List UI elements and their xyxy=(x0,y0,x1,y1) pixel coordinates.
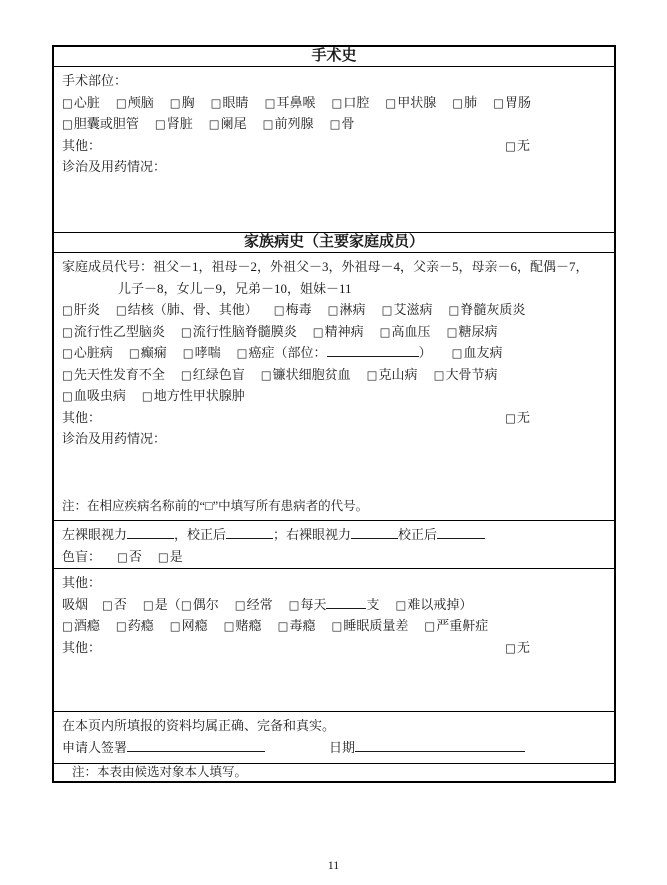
checkbox-item[interactable]: □骨 xyxy=(330,113,355,132)
checkbox-icon: □ xyxy=(62,368,73,382)
checkbox-item[interactable]: □经常 xyxy=(235,594,273,613)
checkbox-label: 地方性甲状腺肿 xyxy=(154,388,245,403)
addiction-checkbox-row: □酒瘾□药瘾□网瘾□赌瘾□毒瘾□睡眠质量差□严重鼾症 xyxy=(62,615,606,637)
checkbox-item[interactable]: □地方性甲状腺肿 xyxy=(142,385,245,404)
checkbox-item[interactable]: □耳鼻喉 xyxy=(265,92,316,111)
declaration-section-body: 在本页内所填报的资料均属正确、完备和真实。 申请人签署日期 xyxy=(54,712,614,764)
checkbox-item[interactable]: □克山病 xyxy=(367,364,418,383)
checkbox-label: 糖尿病 xyxy=(458,324,497,339)
checkbox-label: 毒瘾 xyxy=(289,618,315,633)
checkbox-label: 无 xyxy=(517,138,530,153)
checkbox-icon: □ xyxy=(209,117,220,131)
checkbox-icon: □ xyxy=(181,325,192,339)
checkbox-icon: □ xyxy=(62,389,73,403)
checkbox-label: 每天 xyxy=(300,597,326,612)
text-label: 家庭成员代号：祖父－1，祖母－2，外祖父－3，外祖母－4，父亲－5，母亲－6，配… xyxy=(62,256,589,275)
family-checkbox-row-2: □流行性乙型脑炎□流行性脑脊髓膜炎□精神病□高血压□糖尿病 xyxy=(62,321,606,343)
checkbox-item[interactable]: □淋病 xyxy=(328,299,366,318)
checkbox-item[interactable]: □难以戒掉 xyxy=(396,594,460,613)
checkbox-item[interactable]: □严重鼾症 xyxy=(424,615,488,634)
checkbox-label: 血友病 xyxy=(463,345,502,360)
habits-other-label-line: 其他： xyxy=(62,572,606,594)
signature-date-line: 申请人签署日期 xyxy=(62,737,606,759)
checkbox-item[interactable]: □血友病 xyxy=(452,342,503,361)
checkbox-label: 前列腺 xyxy=(275,116,314,131)
text-label: 儿子－8，女儿－9，兄弟－10，姐妹－11 xyxy=(118,278,352,297)
checkbox-item[interactable]: □甲状腺 xyxy=(385,92,436,111)
checkbox-label: 脊髓灰质炎 xyxy=(460,302,525,317)
checkbox-icon: □ xyxy=(274,303,285,317)
family-section-title: 家族病史（主要家庭成员） xyxy=(54,233,614,253)
checkbox-icon: □ xyxy=(448,303,459,317)
checkbox-item[interactable]: □血吸虫病 xyxy=(62,385,126,404)
checkbox-label: 眼睛 xyxy=(223,95,249,110)
text-label: 校正后 xyxy=(398,524,437,543)
checkbox-icon: □ xyxy=(434,368,445,382)
habits-section-body: 其他： 吸烟□否□是（□偶尔□经常□每天支□难以戒掉） □酒瘾□药瘾□网瘾□赌瘾… xyxy=(54,569,614,712)
checkbox-label: 心脏病 xyxy=(74,345,113,360)
vision-acuity-line: 左裸眼视力，校正后；右裸眼视力校正后 xyxy=(62,524,606,546)
checkbox-item[interactable]: □脊髓灰质炎 xyxy=(448,299,525,318)
family-member-codes-line-1: 家庭成员代号：祖父－1，祖母－2，外祖父－3，外祖母－4，父亲－5，母亲－6，配… xyxy=(62,256,606,278)
checkbox-item[interactable]: □精神病 xyxy=(313,321,364,340)
checkbox-icon: □ xyxy=(62,619,73,633)
checkbox-label: 口腔 xyxy=(343,95,369,110)
checkbox-item[interactable]: □红绿色盲 xyxy=(181,364,245,383)
checkbox-label: 肾脏 xyxy=(167,116,193,131)
checkbox-item[interactable]: □否 xyxy=(102,594,127,613)
checkbox-label: 耳鼻喉 xyxy=(276,95,315,110)
text-label: 吸烟 xyxy=(62,594,88,613)
surgery-section-title: 手术史 xyxy=(54,47,614,67)
text-label: ；右裸眼视力 xyxy=(273,524,351,543)
checkbox-item[interactable]: □癫痫 xyxy=(129,342,167,361)
checkbox-label: 结核（肺、骨、其他） xyxy=(128,302,258,317)
family-checkbox-row-4: □先天性发育不全□红绿色盲□镰状细胞贫血□克山病□大骨节病 xyxy=(62,364,606,386)
text-label: （ xyxy=(168,594,181,613)
fill-in-blank[interactable] xyxy=(437,527,485,539)
checkbox-item[interactable]: □口腔 xyxy=(331,92,369,111)
family-other-line: 其他：□无 xyxy=(62,407,606,429)
checkbox-label: 先天性发育不全 xyxy=(74,367,165,382)
checkbox-label: 流行性乙型脑炎 xyxy=(74,324,165,339)
checkbox-icon: □ xyxy=(328,303,339,317)
checkbox-label: 红绿色盲 xyxy=(193,367,245,382)
checkbox-icon: □ xyxy=(116,303,127,317)
checkbox-icon: □ xyxy=(265,96,276,110)
checkbox-label: 睡眠质量差 xyxy=(343,618,408,633)
checkbox-icon: □ xyxy=(452,96,463,110)
medical-history-form: 手术史 手术部位： □心脏□颅脑□胸□眼睛□耳鼻喉□口腔□甲状腺□肺□胃肠 □胆… xyxy=(52,45,616,783)
text-label: 手术部位： xyxy=(62,70,127,89)
checkbox-label: 流行性脑脊髓膜炎 xyxy=(193,324,297,339)
fill-in-blank[interactable] xyxy=(226,527,273,539)
checkbox-item[interactable]: □药瘾 xyxy=(116,615,154,634)
checkbox-item[interactable]: □梅毒 xyxy=(274,299,312,318)
surgery-treatment-label-line: 诊治及用药情况： xyxy=(62,156,606,178)
checkbox-label: 胃肠 xyxy=(505,95,531,110)
text-label: 色盲： xyxy=(62,546,101,565)
checkbox-label: 艾滋病 xyxy=(393,302,432,317)
checkbox-item[interactable]: □偶尔 xyxy=(181,594,219,613)
checkbox-item[interactable]: □心脏 xyxy=(62,92,100,111)
checkbox-item[interactable]: □睡眠质量差 xyxy=(331,615,408,634)
text-label: 其他： xyxy=(62,135,101,154)
family-checkbox-row-3: □心脏病□癫痫□哮喘□癌症（部位：）□血友病 xyxy=(62,342,606,364)
checkbox-label: 难以戒掉 xyxy=(407,597,459,612)
checkbox-item[interactable]: □高血压 xyxy=(380,321,431,340)
checkbox-label: 镰状细胞贫血 xyxy=(273,367,351,382)
checkbox-label: 癌症（部位： xyxy=(249,345,327,360)
checkbox-item[interactable]: □颅脑 xyxy=(116,92,154,111)
checkbox-icon: □ xyxy=(143,598,154,612)
checkbox-item[interactable]: □眼睛 xyxy=(211,92,249,111)
surgery-checkbox-row-2: □胆囊或胆管□肾脏□阑尾□前列腺□骨 xyxy=(62,113,606,135)
checkbox-label: 否 xyxy=(114,597,127,612)
surgery-section-body: 手术部位： □心脏□颅脑□胸□眼睛□耳鼻喉□口腔□甲状腺□肺□胃肠 □胆囊或胆管… xyxy=(54,67,614,233)
checkbox-label: 甲状腺 xyxy=(397,95,436,110)
checkbox-icon: □ xyxy=(447,325,458,339)
checkbox-label: 胆囊或胆管 xyxy=(74,116,139,131)
habits-other-line: 其他：□无 xyxy=(62,637,606,659)
checkbox-icon: □ xyxy=(289,598,300,612)
checkbox-label: 肺 xyxy=(464,95,477,110)
checkbox-icon: □ xyxy=(181,368,192,382)
checkbox-label: 无 xyxy=(517,640,530,655)
checkbox-icon: □ xyxy=(493,96,504,110)
checkbox-item[interactable]: □否 xyxy=(117,546,142,565)
checkbox-icon: □ xyxy=(158,550,169,564)
text-label: 注：本表由候选对象本人填写。 xyxy=(72,762,247,780)
checkbox-icon: □ xyxy=(331,96,342,110)
checkbox-label: 心脏 xyxy=(74,95,100,110)
checkbox-icon: □ xyxy=(183,346,194,360)
fill-in-blank[interactable] xyxy=(327,345,419,357)
checkbox-icon: □ xyxy=(62,96,73,110)
checkbox-item[interactable]: □阑尾 xyxy=(209,113,247,132)
checkbox-label: 高血压 xyxy=(392,324,431,339)
checkbox-label: 偶尔 xyxy=(193,597,219,612)
checkbox-item[interactable]: □网瘾 xyxy=(170,615,208,634)
fill-in-blank[interactable] xyxy=(127,740,265,752)
color-blindness-line: 色盲：□否□是 xyxy=(62,546,606,568)
checkbox-label: 哮喘 xyxy=(195,345,221,360)
text-label: ） xyxy=(419,342,432,361)
checkbox-icon: □ xyxy=(224,619,235,633)
fill-in-blank[interactable] xyxy=(351,527,398,539)
checkbox-icon: □ xyxy=(313,325,324,339)
page-number: 11 xyxy=(0,858,667,873)
checkbox-icon: □ xyxy=(385,96,396,110)
declaration-statement-line: 在本页内所填报的资料均属正确、完备和真实。 xyxy=(62,715,606,737)
footer-note-line: 注：本表由候选对象本人填写。 xyxy=(62,762,247,784)
checkbox-icon: □ xyxy=(170,96,181,110)
checkbox-icon: □ xyxy=(62,346,73,360)
checkbox-item[interactable]: □癌症（部位： xyxy=(237,342,327,361)
checkbox-icon: □ xyxy=(330,117,341,131)
checkbox-item[interactable]: □胸 xyxy=(170,92,195,111)
checkbox-item[interactable]: □先天性发育不全 xyxy=(62,364,165,383)
text-label: 申请人签署 xyxy=(62,737,127,756)
surgery-checkbox-row-1: □心脏□颅脑□胸□眼睛□耳鼻喉□口腔□甲状腺□肺□胃肠 xyxy=(62,92,606,114)
checkbox-icon: □ xyxy=(424,619,435,633)
checkbox-icon: □ xyxy=(505,411,516,425)
checkbox-item[interactable]: □前列腺 xyxy=(263,113,314,132)
checkbox-label: 否 xyxy=(129,549,142,564)
checkbox-item[interactable]: □每天 xyxy=(289,594,327,613)
checkbox-label: 是 xyxy=(155,597,168,612)
checkbox-item[interactable]: □肾脏 xyxy=(155,113,193,132)
checkbox-item[interactable]: □心脏病 xyxy=(62,342,113,361)
checkbox-icon: □ xyxy=(505,641,516,655)
checkbox-item[interactable]: □胆囊或胆管 xyxy=(62,113,139,132)
text-label: 其他： xyxy=(62,572,101,591)
checkbox-icon: □ xyxy=(129,346,140,360)
checkbox-item[interactable]: □结核（肺、骨、其他） xyxy=(116,299,258,318)
checkbox-icon: □ xyxy=(142,389,153,403)
checkbox-icon: □ xyxy=(452,346,463,360)
family-checkbox-row-5: □血吸虫病□地方性甲状腺肿 xyxy=(62,385,606,407)
family-treatment-label-line: 诊治及用药情况： xyxy=(62,428,606,450)
checkbox-item[interactable]: □是 xyxy=(158,546,183,565)
checkbox-item[interactable]: □酒瘾 xyxy=(62,615,100,634)
checkbox-label: 网瘾 xyxy=(182,618,208,633)
checkbox-icon: □ xyxy=(235,598,246,612)
checkbox-item[interactable]: □肺 xyxy=(452,92,477,111)
checkbox-icon: □ xyxy=(211,96,222,110)
fill-in-blank[interactable] xyxy=(127,527,174,539)
checkbox-icon: □ xyxy=(261,368,272,382)
checkbox-icon: □ xyxy=(116,96,127,110)
checkbox-icon: □ xyxy=(278,619,289,633)
checkbox-item[interactable]: □镰状细胞贫血 xyxy=(261,364,351,383)
checkbox-item[interactable]: □毒瘾 xyxy=(278,615,316,634)
checkbox-item[interactable]: □胃肠 xyxy=(493,92,531,111)
text-label: 注：在相应疾病名称前的“□”中填写所有患病者的代号。 xyxy=(62,496,368,514)
checkbox-icon: □ xyxy=(380,325,391,339)
checkbox-item[interactable]: □无 xyxy=(505,637,530,656)
family-section-body: 家庭成员代号：祖父－1，祖母－2，外祖父－3，外祖母－4，父亲－5，母亲－6，配… xyxy=(54,253,614,521)
checkbox-label: 淋病 xyxy=(340,302,366,317)
checkbox-label: 赌瘾 xyxy=(236,618,262,633)
checkbox-item[interactable]: □赌瘾 xyxy=(224,615,262,634)
text-label: 其他： xyxy=(62,637,101,656)
checkbox-icon: □ xyxy=(367,368,378,382)
checkbox-icon: □ xyxy=(62,303,73,317)
checkbox-label: 癫痫 xyxy=(141,345,167,360)
checkbox-label: 颅脑 xyxy=(128,95,154,110)
checkbox-icon: □ xyxy=(505,139,516,153)
checkbox-icon: □ xyxy=(62,117,73,131)
fill-in-blank[interactable] xyxy=(326,597,366,609)
checkbox-item[interactable]: □流行性乙型脑炎 xyxy=(62,321,165,340)
checkbox-item[interactable]: □是 xyxy=(143,594,168,613)
checkbox-item[interactable]: □无 xyxy=(505,135,530,154)
text-label: 日期 xyxy=(329,737,355,756)
checkbox-label: 骨 xyxy=(341,116,354,131)
text-label: 其他： xyxy=(62,407,101,426)
text-label: 诊治及用药情况： xyxy=(62,428,166,447)
checkbox-item[interactable]: □哮喘 xyxy=(183,342,221,361)
checkbox-icon: □ xyxy=(116,619,127,633)
checkbox-item[interactable]: □流行性脑脊髓膜炎 xyxy=(181,321,297,340)
checkbox-label: 经常 xyxy=(247,597,273,612)
text-label: 在本页内所填报的资料均属正确、完备和真实。 xyxy=(62,715,335,734)
checkbox-icon: □ xyxy=(181,598,192,612)
family-checkbox-row-1: □肝炎□结核（肺、骨、其他）□梅毒□淋病□艾滋病□脊髓灰质炎 xyxy=(62,299,606,321)
checkbox-label: 酒瘾 xyxy=(74,618,100,633)
family-note-line: 注：在相应疾病名称前的“□”中填写所有患病者的代号。 xyxy=(62,496,606,518)
checkbox-label: 梅毒 xyxy=(286,302,312,317)
smoking-line: 吸烟□否□是（□偶尔□经常□每天支□难以戒掉） xyxy=(62,594,606,616)
checkbox-icon: □ xyxy=(117,550,128,564)
checkbox-icon: □ xyxy=(170,619,181,633)
checkbox-icon: □ xyxy=(237,346,248,360)
checkbox-item[interactable]: □糖尿病 xyxy=(447,321,498,340)
checkbox-label: 精神病 xyxy=(325,324,364,339)
checkbox-item[interactable]: □无 xyxy=(505,407,530,426)
text-label: ，校正后 xyxy=(174,524,226,543)
surgery-site-label-line: 手术部位： xyxy=(62,70,606,92)
checkbox-label: 肝炎 xyxy=(74,302,100,317)
checkbox-icon: □ xyxy=(331,619,342,633)
family-member-codes-line-2: 儿子－8，女儿－9，兄弟－10，姐妹－11 xyxy=(62,278,606,300)
checkbox-icon: □ xyxy=(382,303,393,317)
surgery-other-line: 其他：□无 xyxy=(62,135,606,157)
checkbox-label: 严重鼾症 xyxy=(436,618,488,633)
checkbox-label: 是 xyxy=(170,549,183,564)
checkbox-item[interactable]: □艾滋病 xyxy=(382,299,433,318)
checkbox-icon: □ xyxy=(396,598,407,612)
checkbox-label: 药瘾 xyxy=(128,618,154,633)
checkbox-label: 克山病 xyxy=(379,367,418,382)
checkbox-label: 大骨节病 xyxy=(445,367,497,382)
checkbox-label: 胸 xyxy=(182,95,195,110)
checkbox-item[interactable]: □肝炎 xyxy=(62,299,100,318)
text-label: 诊治及用药情况： xyxy=(62,156,166,175)
checkbox-icon: □ xyxy=(62,325,73,339)
text-label: 支 xyxy=(366,594,379,613)
checkbox-label: 血吸虫病 xyxy=(74,388,126,403)
checkbox-icon: □ xyxy=(102,598,113,612)
checkbox-icon: □ xyxy=(155,117,166,131)
checkbox-label: 阑尾 xyxy=(221,116,247,131)
fill-in-blank[interactable] xyxy=(355,740,525,752)
text-label: 左裸眼视力 xyxy=(62,524,127,543)
checkbox-label: 无 xyxy=(517,410,530,425)
checkbox-icon: □ xyxy=(263,117,274,131)
vision-section-body: 左裸眼视力，校正后；右裸眼视力校正后 色盲：□否□是 xyxy=(54,521,614,569)
checkbox-item[interactable]: □大骨节病 xyxy=(434,364,498,383)
footer-note-row: 注：本表由候选对象本人填写。 xyxy=(54,764,614,781)
text-label: ） xyxy=(459,594,472,613)
